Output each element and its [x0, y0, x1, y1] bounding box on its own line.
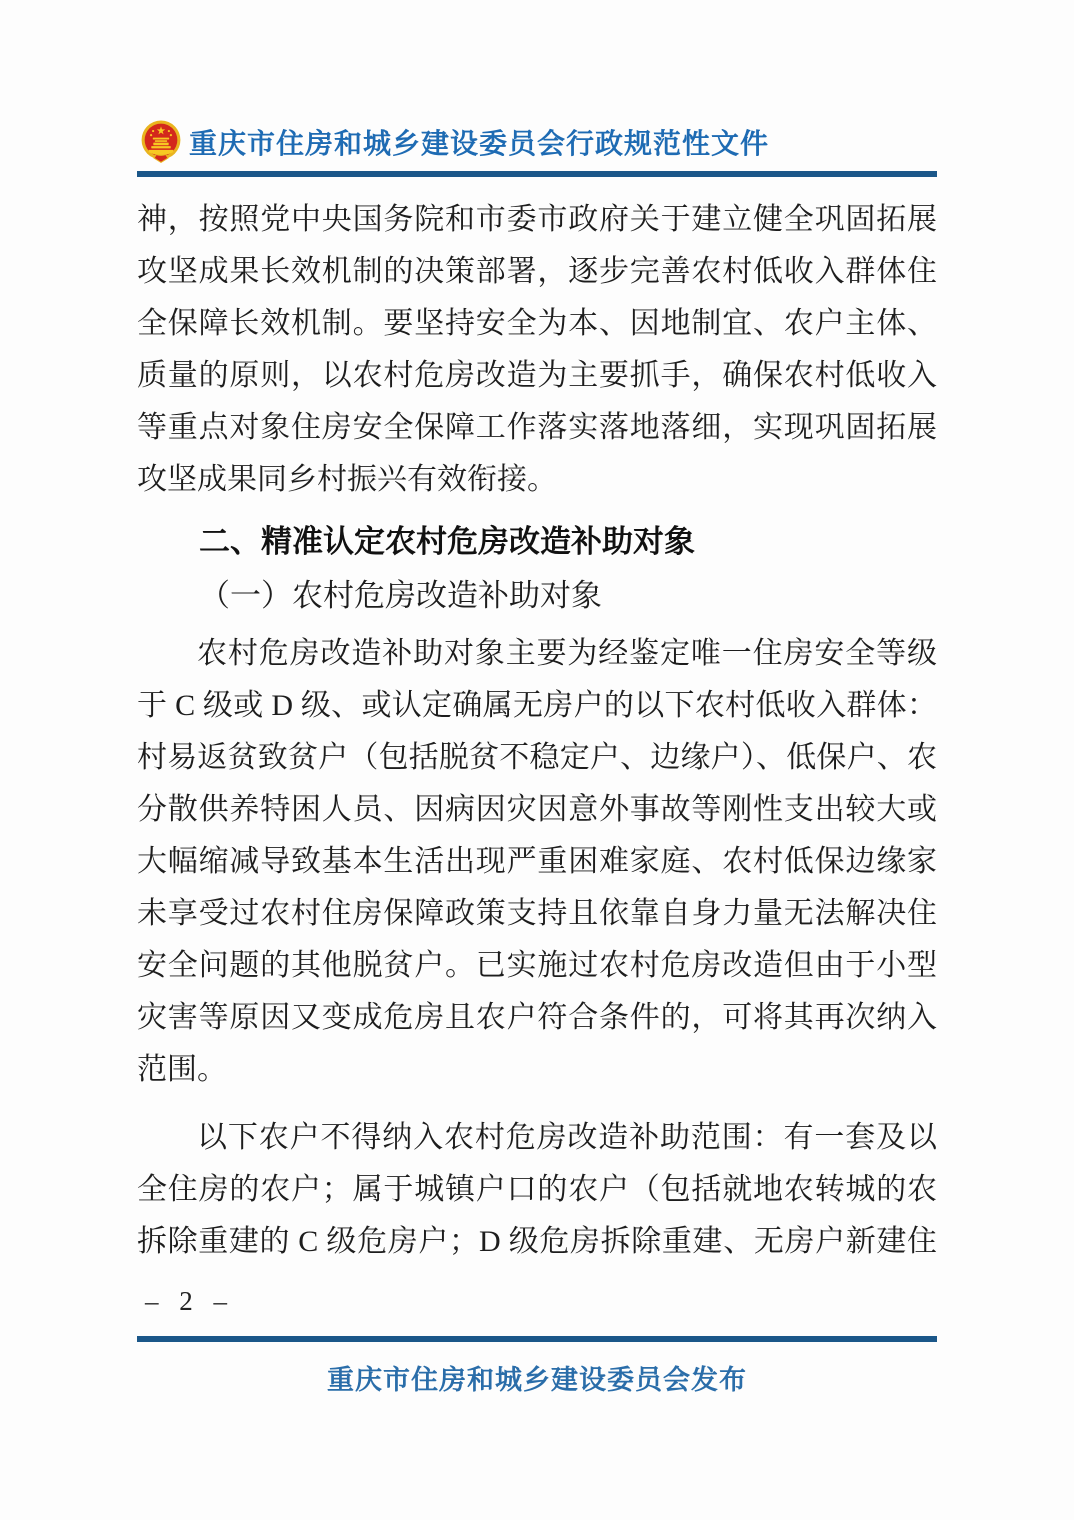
body-text-line: 全住房的农户；属于城镇户口的农户（包括就地农转城的农户）； — [137, 1164, 937, 1216]
header-divider-line — [137, 171, 937, 177]
document-header: 重庆市住房和城乡建设委员会行政规范性文件 — [140, 119, 769, 165]
page-number: – 2 – — [145, 1286, 234, 1317]
document-header-title: 重庆市住房和城乡建设委员会行政规范性文件 — [189, 122, 769, 162]
body-text-line: 分散供养特困人员、因病因灾因意外事故等刚性支出较大或收入 — [137, 784, 937, 836]
body-text-line: 拆除重建的 C 级危房户；D 级危房拆除重建、无房户新建住房建 — [137, 1216, 937, 1268]
body-text-line: 未享受过农村住房保障政策支持且依靠自身力量无法解决住房 — [137, 888, 937, 940]
body-text-line: 灾害等原因又变成危房且农户符合条件的，可将其再次纳入支持 — [137, 992, 937, 1044]
national-emblem-icon — [140, 119, 182, 165]
body-text-line: 神，按照党中央国务院和市委市政府关于建立健全巩固拓展脱贫 — [137, 194, 937, 246]
body-text-line: 于 C 级或 D 级、或认定确属无房户的以下农村低收入群体：农 — [137, 680, 937, 732]
publisher-label: 重庆市住房和城乡建设委员会发布 — [0, 1358, 1074, 1397]
body-text-line: 攻坚成果长效机制的决策部署，逐步完善农村低收入群体住房安 — [137, 246, 937, 298]
body-text-line: 村易返贫致贫户（包括脱贫不稳定户、边缘户）、低保户、农村 — [137, 732, 937, 784]
paragraph-1: 神，按照党中央国务院和市委市政府关于建立健全巩固拓展脱贫 攻坚成果长效机制的决策… — [137, 194, 937, 506]
footer-divider-line — [137, 1336, 937, 1342]
body-text-line: 范围。 — [137, 1044, 937, 1096]
paragraph-3: 以下农户不得纳入农村危房改造补助范围：有一套及以上安 全住房的农户；属于城镇户口… — [137, 1112, 937, 1268]
body-text-line: 全保障长效机制。要坚持安全为本、因地制宜、农户主体、提升 — [137, 298, 937, 350]
document-body: 神，按照党中央国务院和市委市政府关于建立健全巩固拓展脱贫 攻坚成果长效机制的决策… — [137, 194, 937, 1268]
body-text-line: 攻坚成果同乡村振兴有效衔接。 — [137, 454, 937, 506]
body-text-line: 农村危房改造补助对象主要为经鉴定唯一住房安全等级属 — [137, 628, 937, 680]
body-text-line: 质量的原则，以农村危房改造为主要抓手，确保农村低收入群体 — [137, 350, 937, 402]
body-text-line: 等重点对象住房安全保障工作落实落地落细，实现巩固拓展脱贫 — [137, 402, 937, 454]
subsection-heading: （一）农村危房改造补助对象 — [137, 570, 937, 622]
document-page: 重庆市住房和城乡建设委员会行政规范性文件 神，按照党中央国务院和市委市政府关于建… — [0, 0, 1074, 1520]
body-text-line: 大幅缩减导致基本生活出现严重困难家庭、农村低保边缘家庭、 — [137, 836, 937, 888]
body-text-line: 安全问题的其他脱贫户。已实施过农村危房改造但由于小型自然 — [137, 940, 937, 992]
paragraph-2: 农村危房改造补助对象主要为经鉴定唯一住房安全等级属 于 C 级或 D 级、或认定… — [137, 628, 937, 1096]
section-heading: 二、精准认定农村危房改造补助对象 — [137, 516, 937, 568]
body-text-line: 以下农户不得纳入农村危房改造补助范围：有一套及以上安 — [137, 1112, 937, 1164]
